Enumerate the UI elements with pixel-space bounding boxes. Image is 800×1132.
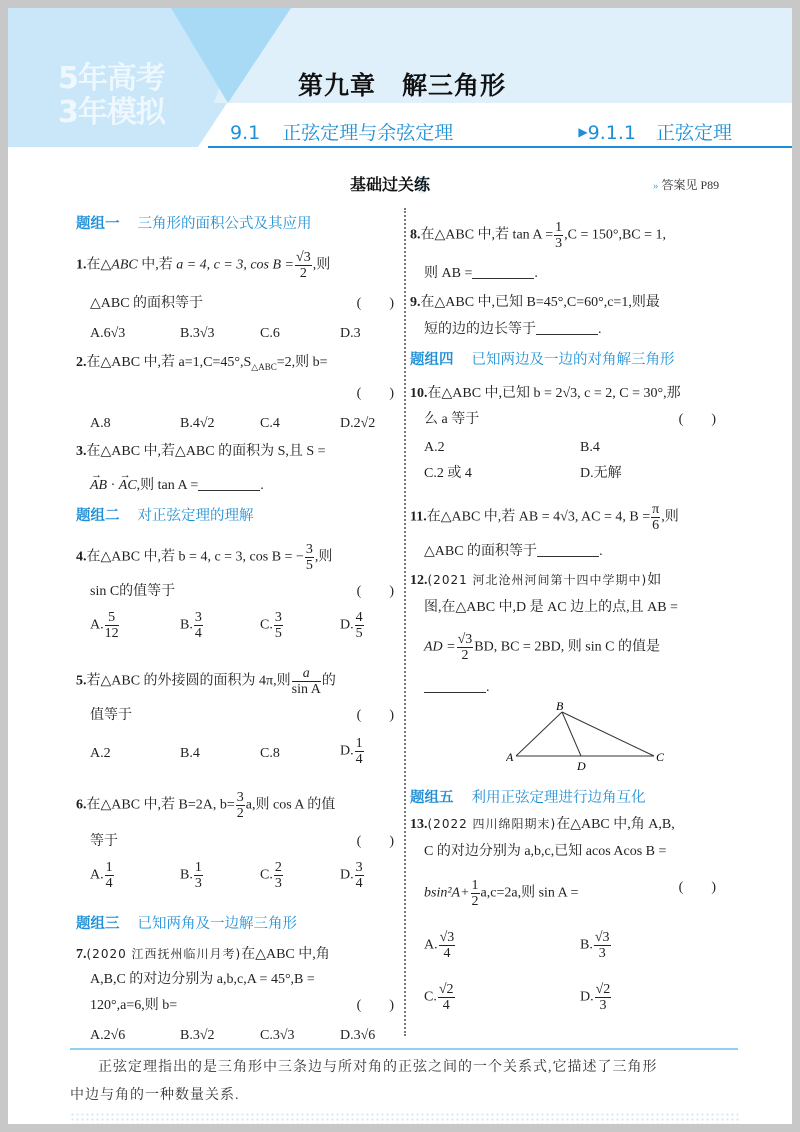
- q-text: BD, BC = 2BD, 则 sin C 的值是: [474, 640, 660, 655]
- q-text: =2,则 b=: [277, 355, 328, 370]
- question-7-line-2: A,B,C 的对边分别为 a,b,c,A = 45°,B =: [90, 970, 406, 990]
- chevron-right-icon: »: [653, 180, 659, 192]
- practice-title-main: 基础过关: [350, 175, 414, 194]
- answer-blank[interactable]: [472, 265, 534, 279]
- triangle-right-icon: ▶: [578, 125, 587, 139]
- q-text: C 的对边分别为 a,b,c,已知 acos Acos B =: [424, 844, 666, 859]
- question-3-line-2: AB · AC,则 tan A =.: [90, 476, 406, 496]
- subsection-number: 9.1.1: [588, 122, 636, 144]
- group-heading-2: 题组二对正弦定理的理解: [76, 506, 254, 526]
- q-text: 短的边的边长等于: [424, 322, 536, 337]
- q-text: 若△ABC 的外接圆的面积为 4π,则: [87, 674, 291, 689]
- q-text: .: [598, 322, 602, 337]
- q-text: 在△ABC 中,若 a=1,C=45°,S: [87, 355, 252, 370]
- option-d[interactable]: D.14: [340, 736, 365, 767]
- q-text: 图,在△ABC 中,D 是 AC 边上的点,且 AB =: [424, 600, 678, 615]
- option-b[interactable]: B.4: [580, 438, 600, 458]
- practice-title-highlight: 练: [414, 175, 430, 194]
- section-title: 9.1正弦定理与余弦定理: [230, 118, 453, 145]
- option-d[interactable]: D.无解: [580, 464, 622, 484]
- question-6: 6.在△ABC 中,若 B=2A, b=32a,则 cos A 的值: [76, 790, 406, 821]
- group-title: 利用正弦定理进行边角互化: [472, 790, 646, 806]
- subsection-title: ▶9.1.1正弦定理: [578, 118, 732, 145]
- option-c[interactable]: C.35: [260, 610, 284, 641]
- q-text: 在△ABC 中,若 AB = 4√3, AC = 4, B =: [427, 510, 650, 525]
- question-number: 1.: [76, 258, 87, 273]
- option-d[interactable]: D.2√2: [340, 414, 375, 434]
- subsection-name: 正弦定理: [656, 122, 732, 144]
- answer-blank[interactable]: [424, 679, 486, 693]
- option-a[interactable]: A.2√6: [90, 1026, 125, 1046]
- option-b[interactable]: B.3√3: [180, 324, 215, 344]
- question-number: 13.: [410, 817, 428, 832]
- q-text: AD =: [424, 640, 456, 655]
- group-title: 三角形的面积公式及其应用: [138, 216, 312, 232]
- option-b[interactable]: B.3√2: [180, 1026, 215, 1046]
- option-c[interactable]: C.6: [260, 324, 280, 344]
- q-text: A,B,C 的对边分别为 a,b,c,A = 45°,B =: [90, 972, 315, 987]
- option-b[interactable]: B.13: [180, 860, 204, 891]
- group-label: 题组五: [410, 790, 454, 806]
- question-12-line-2: 图,在△ABC 中,D 是 AC 边上的点,且 AB =: [424, 598, 728, 618]
- question-number: 12.: [410, 573, 428, 588]
- fraction: √32: [457, 632, 474, 663]
- group-heading-1: 题组一三角形的面积公式及其应用: [76, 214, 312, 234]
- option-a[interactable]: A.√34: [424, 930, 456, 961]
- footer-line-2: 中边与角的一种数量关系.: [70, 1088, 240, 1103]
- answer-paren[interactable]: ( ): [679, 878, 716, 898]
- fraction: 12: [471, 878, 480, 909]
- section-number: 9.1: [230, 122, 260, 144]
- option-b[interactable]: B.√33: [580, 930, 612, 961]
- vector-ac: AC: [119, 476, 137, 496]
- question-7-line-3: 120°,a=6,则 b=( ): [90, 996, 406, 1016]
- question-1-line-2: △ABC 的面积等于( ): [90, 294, 406, 314]
- group-title: 已知两角及一边解三角形: [138, 916, 298, 932]
- question-4-line-2: sin C的值等于( ): [90, 582, 406, 602]
- option-a[interactable]: A.2: [90, 744, 111, 764]
- answer-reference: » 答案见 P89: [653, 176, 719, 193]
- option-c[interactable]: C.8: [260, 744, 280, 764]
- option-c[interactable]: C.3√3: [260, 1026, 295, 1046]
- group-heading-5: 题组五利用正弦定理进行边角互化: [410, 788, 646, 808]
- fraction: 35: [305, 542, 314, 573]
- q-text: bsin²A+: [424, 886, 470, 901]
- q-text: 在△ABC 中,若 B=2A, b=: [87, 798, 235, 813]
- question-9-line-2: 短的边的边长等于.: [424, 320, 728, 340]
- q-text: sin C的值等于: [90, 584, 175, 599]
- q-text: 么 a 等于: [424, 412, 479, 427]
- q-subscript: △ABC: [251, 362, 276, 372]
- q-text: △ABC 的面积等于: [90, 296, 203, 311]
- header-rule: [208, 146, 792, 148]
- answer-paren[interactable]: ( ): [679, 410, 716, 430]
- option-a[interactable]: A.6√3: [90, 324, 125, 344]
- question-10-line-2: 么 a 等于( ): [424, 410, 728, 430]
- option-a[interactable]: A.2: [424, 438, 445, 458]
- question-number: 6.: [76, 798, 87, 813]
- option-a[interactable]: A.14: [90, 860, 115, 891]
- option-b[interactable]: B.4√2: [180, 414, 215, 434]
- option-d[interactable]: D.45: [340, 610, 365, 641]
- question-1: 1.在△ABC 中,若 a = 4, c = 3, cos B =√32,则: [76, 250, 406, 281]
- q-text: .: [599, 544, 603, 559]
- question-12-line-4: .: [424, 678, 728, 698]
- q-text: .: [260, 478, 264, 493]
- q-text: △ABC 的面积等于: [424, 544, 537, 559]
- q-text: 在△ABC 中,角 A,B,: [556, 817, 675, 832]
- question-6-line-2: 等于( ): [90, 832, 406, 852]
- group-label: 题组三: [76, 916, 120, 932]
- option-d[interactable]: D.34: [340, 860, 365, 891]
- q-text: 120°,a=6,则 b=: [90, 998, 177, 1013]
- vertex-label-a: A: [506, 750, 514, 764]
- logo-line-2: 3年模拟: [58, 96, 165, 130]
- answer-paren[interactable]: ( ): [357, 384, 394, 404]
- logo-watermark: 5年高考 3年模拟: [58, 62, 165, 130]
- group-heading-4: 题组四已知两边及一边的对角解三角形: [410, 350, 675, 370]
- answer-paren[interactable]: ( ): [357, 832, 394, 852]
- q-text: ,C = 150°,BC = 1,: [564, 228, 666, 243]
- footer-note: 正弦定理指出的是三角形中三条边与所对角的正弦之间的一个关系式,它描述了三角形 中…: [70, 1054, 740, 1110]
- option-c[interactable]: C.4: [260, 414, 280, 434]
- option-d[interactable]: D.√23: [580, 982, 612, 1013]
- question-9: 9.在△ABC 中,已知 B=45°,C=60°,c=1,则最: [410, 293, 728, 313]
- question-number: 8.: [410, 228, 421, 243]
- vertex-label-c: C: [656, 750, 665, 764]
- q-text: 在△ABC 中,已知 b = 2√3, c = 2, C = 30°,那: [428, 386, 681, 401]
- q-text: 的: [322, 674, 336, 689]
- question-source: (2022 四川绵阳期末): [428, 817, 557, 831]
- answer-paren[interactable]: ( ): [357, 706, 394, 726]
- answer-blank[interactable]: [536, 321, 598, 335]
- q-text: 中,若: [141, 258, 173, 273]
- option-c[interactable]: C.√24: [424, 982, 456, 1013]
- option-b[interactable]: B.4: [180, 744, 200, 764]
- q-text: 在△ABC 中,若△ABC 的面积为 S,且 S =: [87, 444, 326, 459]
- q-condition: a = 4, c = 3, cos B =: [176, 258, 294, 273]
- question-3: 3.在△ABC 中,若△ABC 的面积为 S,且 S =: [76, 442, 406, 462]
- question-4: 4.在△ABC 中,若 b = 4, c = 3, cos B = −35,则: [76, 542, 406, 573]
- textbook-page: 5年高考 3年模拟 第九章 解三角形 9.1正弦定理与余弦定理 ▶9.1.1正弦…: [8, 8, 792, 1124]
- practice-title: 基础过关练: [350, 172, 430, 195]
- option-d[interactable]: D.3√6: [340, 1026, 375, 1046]
- group-label: 题组二: [76, 508, 120, 524]
- section-name: 正弦定理与余弦定理: [282, 122, 453, 144]
- question-13: 13.(2022 四川绵阳期末)在△ABC 中,角 A,B,: [410, 814, 728, 835]
- option-d[interactable]: D.3: [340, 324, 361, 344]
- triangle-figure: B A C D: [506, 702, 666, 774]
- question-number: 10.: [410, 386, 428, 401]
- option-c[interactable]: C.23: [260, 860, 284, 891]
- answer-reference-text: 答案见 P89: [662, 178, 720, 192]
- question-number: 4.: [76, 550, 87, 565]
- fraction: asin A: [292, 666, 321, 697]
- group-label: 题组四: [410, 352, 454, 368]
- vector-ab: AB: [90, 476, 107, 496]
- footer-dot-pattern: [70, 1112, 740, 1124]
- q-text: a,c=2a,则 sin A =: [481, 886, 579, 901]
- question-11: 11.在△ABC 中,若 AB = 4√3, AC = 4, B =π6,则: [410, 502, 728, 533]
- question-13-line-2: C 的对边分别为 a,b,c,已知 acos Acos B =: [424, 842, 728, 862]
- question-8: 8.在△ABC 中,若 tan A =13,C = 150°,BC = 1,: [410, 220, 728, 251]
- q-text: ,则: [313, 258, 331, 273]
- question-source: (2020 江西抚州临川月考): [87, 947, 242, 961]
- option-a[interactable]: A.8: [90, 414, 111, 434]
- footer-line-1: 正弦定理指出的是三角形中三条边与所对角的正弦之间的一个关系式,它描述了三角形: [70, 1054, 740, 1082]
- vertex-label-d: D: [576, 759, 586, 773]
- option-b[interactable]: B.34: [180, 610, 204, 641]
- question-number: 11.: [410, 510, 427, 525]
- q-text: 在△ABC 中,若 b = 4, c = 3, cos B = −: [87, 550, 304, 565]
- question-10: 10.在△ABC 中,已知 b = 2√3, c = 2, C = 30°,那: [410, 384, 728, 404]
- dot-operator: ·: [107, 478, 119, 493]
- vertex-label-b: B: [556, 702, 564, 713]
- group-label: 题组一: [76, 216, 120, 232]
- question-number: 7.: [76, 947, 87, 962]
- group-title: 对正弦定理的理解: [138, 508, 254, 524]
- fraction: π6: [651, 502, 660, 533]
- q-text: 在△ABC 中,已知 B=45°,C=60°,c=1,则最: [421, 295, 660, 310]
- chapter-title: 第九章 解三角形: [298, 66, 506, 102]
- question-11-line-2: △ABC 的面积等于.: [424, 542, 728, 562]
- q-text: 等于: [90, 834, 118, 849]
- q-text: 在△: [87, 258, 112, 273]
- footer-rule: [70, 1048, 738, 1050]
- group-title: 已知两边及一边的对角解三角形: [472, 352, 675, 368]
- question-12-line-3: AD =√32BD, BC = 2BD, 则 sin C 的值是: [424, 632, 728, 663]
- q-text: .: [486, 680, 490, 695]
- fraction: 13: [554, 220, 563, 251]
- answer-blank[interactable]: [537, 543, 599, 557]
- q-text: ,则: [315, 550, 333, 565]
- q-text: a,则 cos A 的值: [246, 798, 335, 813]
- q-text: 值等于: [90, 708, 132, 723]
- question-number: 2.: [76, 355, 87, 370]
- fraction: 32: [236, 790, 245, 821]
- question-source: (2021 河北沧州河间第十四中学期中): [428, 573, 648, 587]
- question-13-line-3: bsin²A+12a,c=2a,则 sin A =( ): [424, 878, 728, 909]
- answer-paren[interactable]: ( ): [357, 582, 394, 602]
- question-number: 5.: [76, 674, 87, 689]
- logo-line-1: 5年高考: [58, 62, 165, 96]
- fraction: √32: [295, 250, 312, 281]
- answer-paren[interactable]: ( ): [357, 294, 394, 314]
- column-divider: [404, 208, 406, 1036]
- q-text: 在△ABC 中,角: [241, 947, 330, 962]
- question-2: 2.在△ABC 中,若 a=1,C=45°,S△ABC=2,则 b=: [76, 353, 406, 377]
- option-a[interactable]: A.512: [90, 610, 120, 641]
- q-text: .: [534, 266, 538, 281]
- q-text: 如: [647, 573, 661, 588]
- question-12: 12.(2021 河北沧州河间第十四中学期中)如: [410, 570, 728, 591]
- question-number: 9.: [410, 295, 421, 310]
- question-number: 3.: [76, 444, 87, 459]
- option-c[interactable]: C.2 或 4: [424, 464, 472, 484]
- q-text: ,则 tan A =: [137, 478, 199, 493]
- question-7: 7.(2020 江西抚州临川月考)在△ABC 中,角: [76, 944, 406, 965]
- question-5: 5.若△ABC 的外接圆的面积为 4π,则asin A的: [76, 666, 406, 697]
- answer-blank[interactable]: [198, 477, 260, 491]
- q-text: ,则: [661, 510, 679, 525]
- answer-paren[interactable]: ( ): [357, 996, 394, 1016]
- q-text: 在△ABC 中,若 tan A =: [421, 228, 554, 243]
- q-text: 则 AB =: [424, 266, 472, 281]
- group-heading-3: 题组三已知两角及一边解三角形: [76, 914, 297, 934]
- question-5-line-2: 值等于( ): [90, 706, 406, 726]
- question-8-line-2: 则 AB =.: [424, 264, 728, 284]
